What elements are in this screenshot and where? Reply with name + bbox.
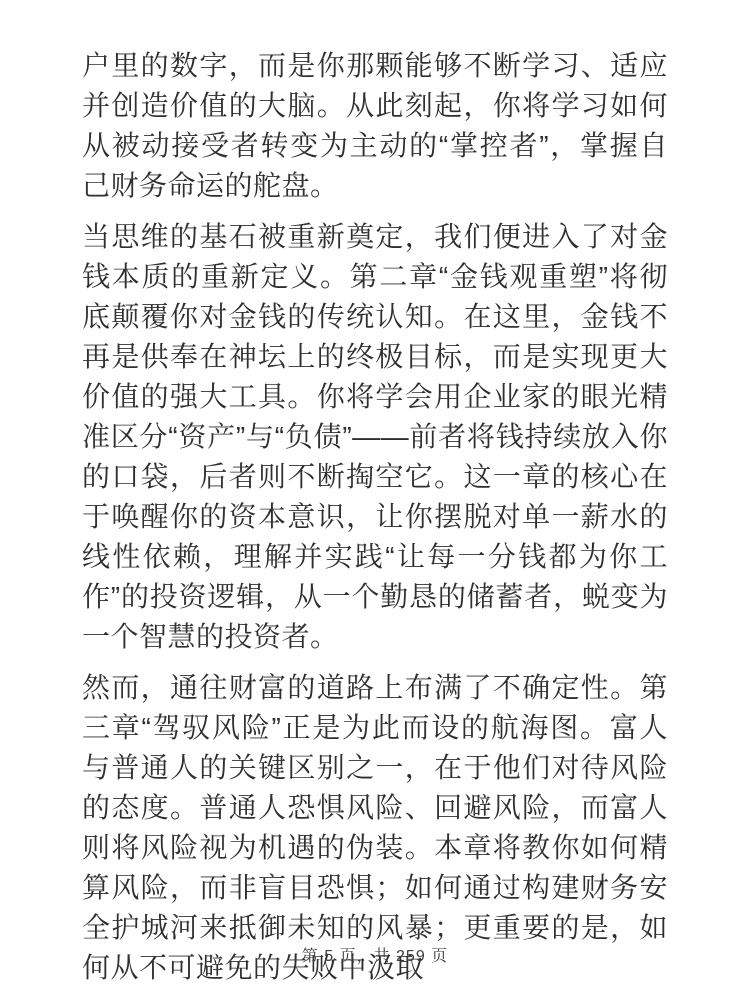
paragraph-3: 然而，通往财富的道路上布满了不确定性。第三章“驾驭风险”正是为此而设的航海图。富… <box>82 668 668 988</box>
document-page: 户里的数字，而是你那颗能够不断学习、适应并创造价值的大脑。从此刻起，你将学习如何… <box>0 0 750 1000</box>
page-content: 户里的数字，而是你那颗能够不断学习、适应并创造价值的大脑。从此刻起，你将学习如何… <box>82 46 668 988</box>
page-number-indicator: 第 5 页，共 259 页 <box>302 948 448 965</box>
paragraph-2: 当思维的基石被重新奠定，我们便进入了对金钱本质的重新定义。第二章“金钱观重塑”将… <box>82 217 668 657</box>
paragraph-1: 户里的数字，而是你那颗能够不断学习、适应并创造价值的大脑。从此刻起，你将学习如何… <box>82 46 668 206</box>
page-footer: 第 5 页，共 259 页 <box>0 943 750 966</box>
